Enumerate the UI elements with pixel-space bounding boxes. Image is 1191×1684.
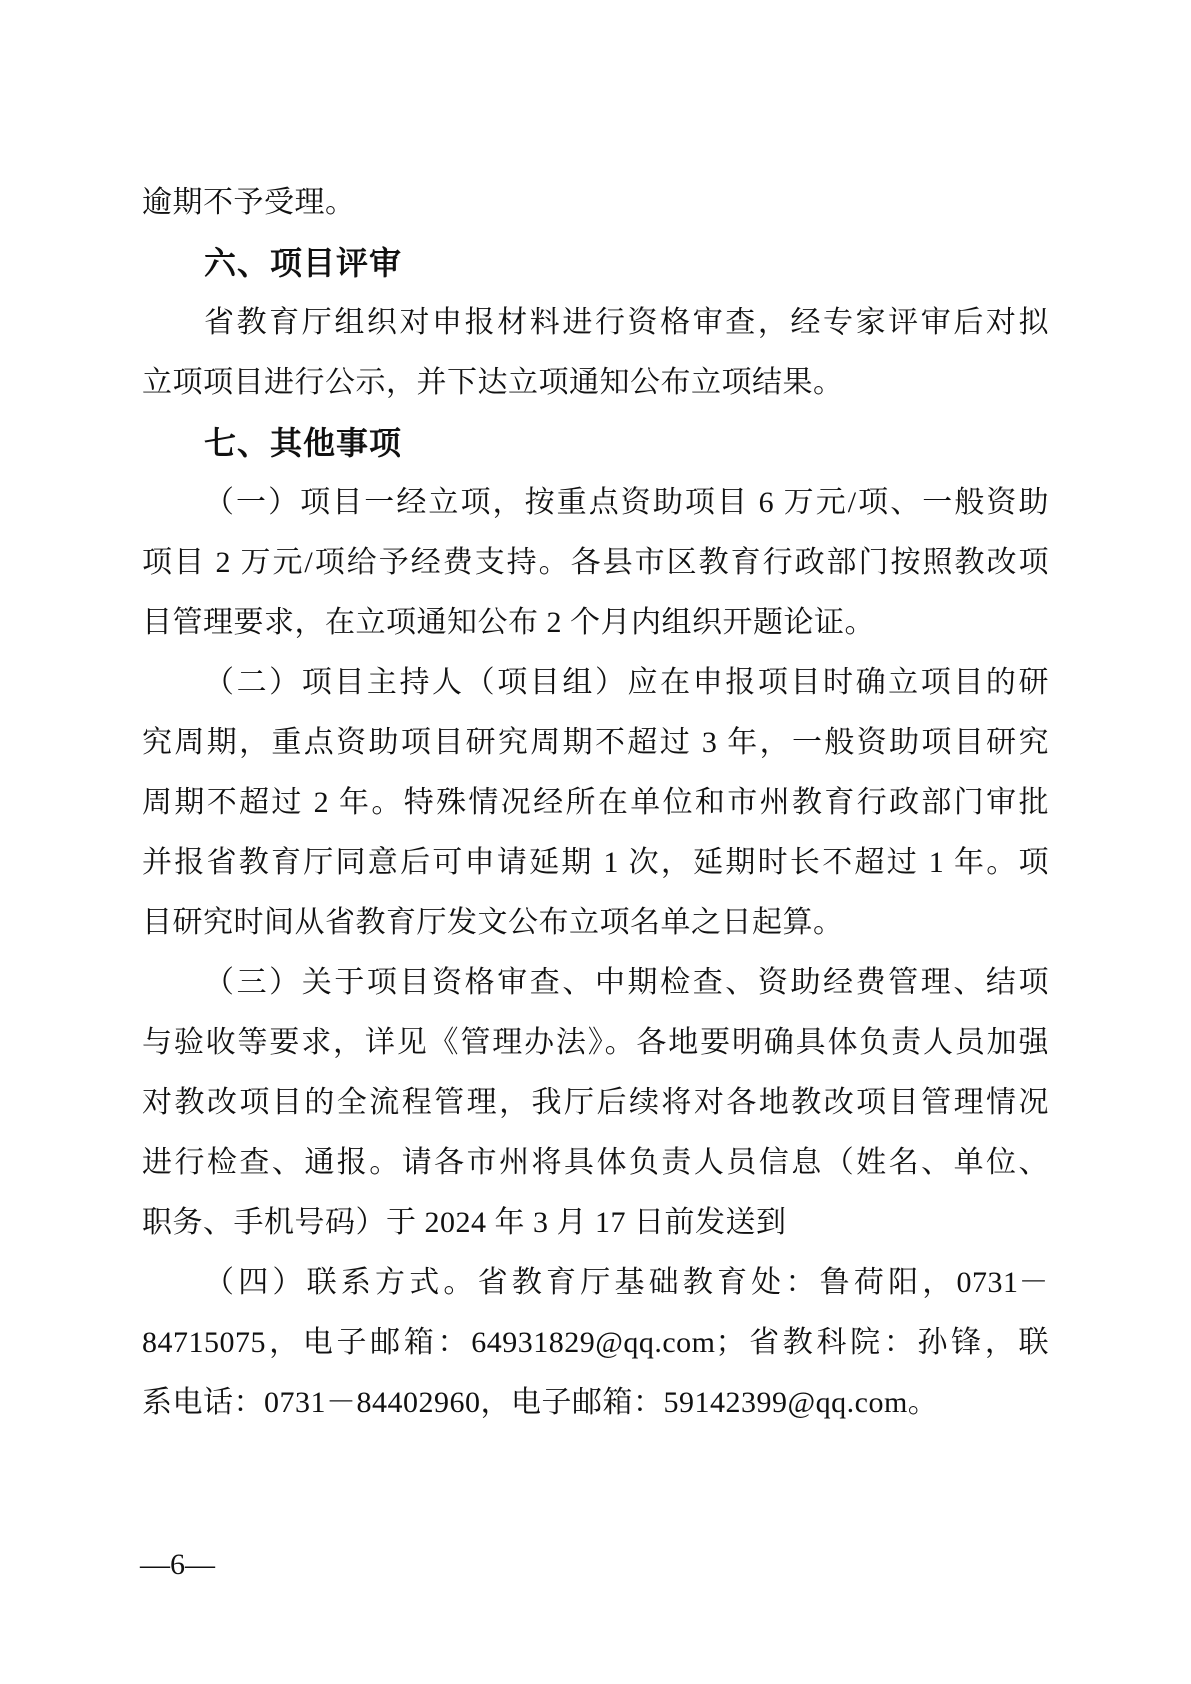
page-number: —6— bbox=[140, 1548, 215, 1582]
text-line: 系电话：0731－84402960，电子邮箱：59142399@qq.com。 bbox=[142, 1373, 1049, 1433]
text-line: 项目 2 万元/项给予经费支持。各县市区教育行政部门按照教改项 bbox=[142, 533, 1049, 593]
text-line: 省教育厅组织对申报材料进行资格审查，经专家评审后对拟 bbox=[142, 293, 1049, 353]
text-line: 职务、手机号码）于 2024 年 3 月 17 日前发送到 64931829@q… bbox=[142, 1193, 1049, 1253]
text-line: 目管理要求，在立项通知公布 2 个月内组织开题论证。 bbox=[142, 593, 1049, 653]
text-line: 与验收等要求，详见《管理办法》。各地要明确具体负责人员加强 bbox=[142, 1013, 1049, 1073]
text-line: （四）联系方式。省教育厅基础教育处：鲁荷阳，0731－ bbox=[142, 1253, 1049, 1313]
text-line: 逾期不予受理。 bbox=[142, 173, 1049, 233]
text-line: 周期不超过 2 年。特殊情况经所在单位和市州教育行政部门审批 bbox=[142, 773, 1049, 833]
text-line: 进行检查、通报。请各市州将具体负责人员信息（姓名、单位、 bbox=[142, 1133, 1049, 1193]
document-body: 逾期不予受理。六、项目评审省教育厅组织对申报材料进行资格审查，经专家评审后对拟立… bbox=[142, 173, 1049, 1433]
text-line: 对教改项目的全流程管理，我厅后续将对各地教改项目管理情况 bbox=[142, 1073, 1049, 1133]
text-line: （二）项目主持人（项目组）应在申报项目时确立项目的研 bbox=[142, 653, 1049, 713]
text-line: （一）项目一经立项，按重点资助项目 6 万元/项、一般资助 bbox=[142, 473, 1049, 533]
document-page: 逾期不予受理。六、项目评审省教育厅组织对申报材料进行资格审查，经专家评审后对拟立… bbox=[0, 0, 1191, 1684]
section-heading: 七、其他事项 bbox=[142, 413, 1049, 473]
text-line: 究周期，重点资助项目研究周期不超过 3 年，一般资助项目研究 bbox=[142, 713, 1049, 773]
section-heading: 六、项目评审 bbox=[142, 233, 1049, 293]
text-line: 并报省教育厅同意后可申请延期 1 次，延期时长不超过 1 年。项 bbox=[142, 833, 1049, 893]
text-line: 目研究时间从省教育厅发文公布立项名单之日起算。 bbox=[142, 893, 1049, 953]
text-line: （三）关于项目资格审查、中期检查、资助经费管理、结项 bbox=[142, 953, 1049, 1013]
text-line: 84715075，电子邮箱：64931829@qq.com；省教科院：孙锋，联 bbox=[142, 1313, 1049, 1373]
text-line: 立项项目进行公示，并下达立项通知公布立项结果。 bbox=[142, 353, 1049, 413]
